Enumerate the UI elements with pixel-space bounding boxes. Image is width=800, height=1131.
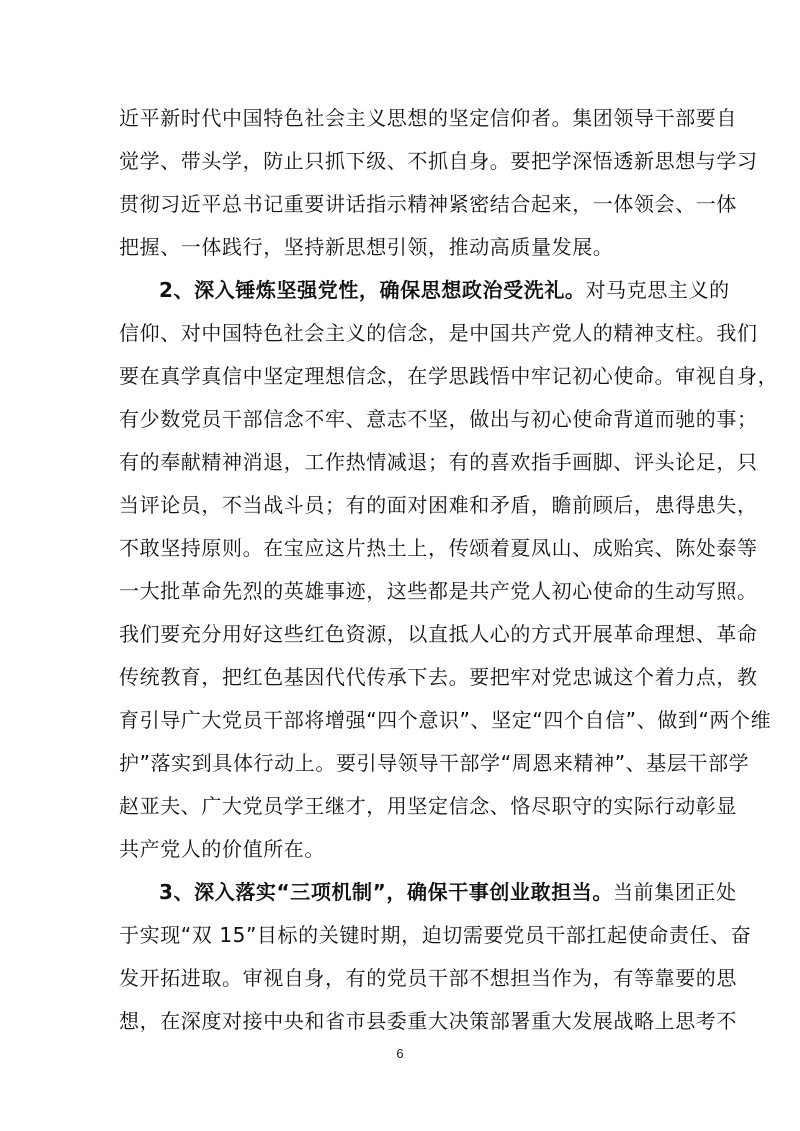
paragraph-text: 信仰、对中国特色社会主义的信念，是中国共产党人的精神支柱。我们 [119,321,758,345]
paragraph-text: 我们要充分用好这些红色资源，以直抵人心的方式开展革命理想、革命 [119,622,758,646]
text-line: 贯彻习近平总书记重要讲话指示精神紧密结合起来，一体领会、一体 [119,190,709,233]
text-line: 我们要充分用好这些红色资源，以直抵人心的方式开展革命理想、革命 [119,620,709,663]
paragraph-text: 想，在深度对接中央和省市县委重大决策部署重大发展战略上思考不 [119,1009,737,1033]
paragraph-text: 当评论员，不当战斗员；有的面对困难和矛盾，瞻前顾后，患得患失， [119,493,758,517]
bold-heading-text: 3、深入落实“三项机制”，确保干事创业敢担当。 [159,880,613,904]
paragraph-text: 贯彻习近平总书记重要讲话指示精神紧密结合起来，一体领会、一体 [119,192,737,216]
paragraph-text: 当前集团正处 [613,880,737,904]
text-line: 当评论员，不当战斗员；有的面对困难和矛盾，瞻前顾后，患得患失， [119,491,709,534]
text-line: 3、深入落实“三项机制”，确保干事创业敢担当。当前集团正处 [119,878,709,921]
page-number: 6 [0,1046,800,1061]
text-line: 传统教育，把红色基因代代传承下去。要把牢对党忠诚这个着力点，教 [119,663,709,706]
text-line: 有少数党员干部信念不牢、意志不坚，做出与初心使命背道而驰的事； [119,405,709,448]
text-line: 共产党人的价值所在。 [119,835,709,878]
bold-heading-text: 2、深入锤炼坚强党性，确保思想政治受洗礼。 [159,278,586,302]
text-line: 要在真学真信中坚定理想信念，在学思践悟中牢记初心使命。审视自身， [119,362,709,405]
paragraph-text: 共产党人的价值所在。 [119,837,325,861]
document-page: 近平新时代中国特色社会主义思想的坚定信仰者。集团领导干部要自觉学、带头学，防止只… [0,0,800,1131]
paragraph-text: 传统教育，把红色基因代代传承下去。要把牢对党忠诚这个着力点，教 [119,665,758,689]
text-line: 2、深入锤炼坚强党性，确保思想政治受洗礼。对马克思主义的 [119,276,709,319]
paragraph-text: 把握、一体践行，坚持新思想引领，推动高质量发展。 [119,235,613,259]
paragraph-text: 对马克思主义的 [586,278,730,302]
text-line: 于实现“双 15”目标的关键时期，迫切需要党员干部扛起使命责任、奋 [119,921,709,964]
text-line: 发开拓进取。审视自身，有的党员干部不想担当作为，有等靠要的思 [119,964,709,1007]
text-line: 信仰、对中国特色社会主义的信念，是中国共产党人的精神支柱。我们 [119,319,709,362]
text-line: 觉学、带头学，防止只抓下级、不抓自身。要把学深悟透新思想与学习 [119,147,709,190]
paragraph-text: 有少数党员干部信念不牢、意志不坚，做出与初心使命背道而驰的事； [119,407,758,431]
paragraph-text: 于实现“双 15”目标的关键时期，迫切需要党员干部扛起使命责任、奋 [119,923,751,947]
body-text: 近平新时代中国特色社会主义思想的坚定信仰者。集团领导干部要自觉学、带头学，防止只… [119,104,709,1050]
text-line: 近平新时代中国特色社会主义思想的坚定信仰者。集团领导干部要自 [119,104,709,147]
paragraph-text: 育引导广大党员干部将增强“四个意识”、坚定“四个自信”、做到“两个维 [119,708,771,732]
text-line: 把握、一体践行，坚持新思想引领，推动高质量发展。 [119,233,709,276]
paragraph-text: 赵亚夫、广大党员学王继才，用坚定信念、恪尽职守的实际行动彰显 [119,794,737,818]
text-line: 育引导广大党员干部将增强“四个意识”、坚定“四个自信”、做到“两个维 [119,706,709,749]
text-line: 赵亚夫、广大党员学王继才，用坚定信念、恪尽职守的实际行动彰显 [119,792,709,835]
paragraph-text: 觉学、带头学，防止只抓下级、不抓自身。要把学深悟透新思想与学习 [119,149,758,173]
paragraph-text: 要在真学真信中坚定理想信念，在学思践悟中牢记初心使命。审视自身， [119,364,778,388]
text-line: 护”落实到具体行动上。要引导领导干部学“周恩来精神”、基层干部学 [119,749,709,792]
paragraph-text: 一大批革命先烈的英雄事迹，这些都是共产党人初心使命的生动写照。 [119,579,758,603]
text-line: 不敢坚持原则。在宝应这片热土上，传颂着夏凤山、成贻宾、陈处泰等 [119,534,709,577]
text-line: 一大批革命先烈的英雄事迹，这些都是共产党人初心使命的生动写照。 [119,577,709,620]
paragraph-text: 护”落实到具体行动上。要引导领导干部学“周恩来精神”、基层干部学 [119,751,749,775]
text-line: 想，在深度对接中央和省市县委重大决策部署重大发展战略上思考不 [119,1007,709,1050]
paragraph-text: 近平新时代中国特色社会主义思想的坚定信仰者。集团领导干部要自 [119,106,737,130]
paragraph-text: 不敢坚持原则。在宝应这片热土上，传颂着夏凤山、成贻宾、陈处泰等 [119,536,758,560]
paragraph-text: 有的奉献精神消退，工作热情减退；有的喜欢指手画脚、评头论足，只 [119,450,758,474]
text-line: 有的奉献精神消退，工作热情减退；有的喜欢指手画脚、评头论足，只 [119,448,709,491]
paragraph-text: 发开拓进取。审视自身，有的党员干部不想担当作为，有等靠要的思 [119,966,737,990]
